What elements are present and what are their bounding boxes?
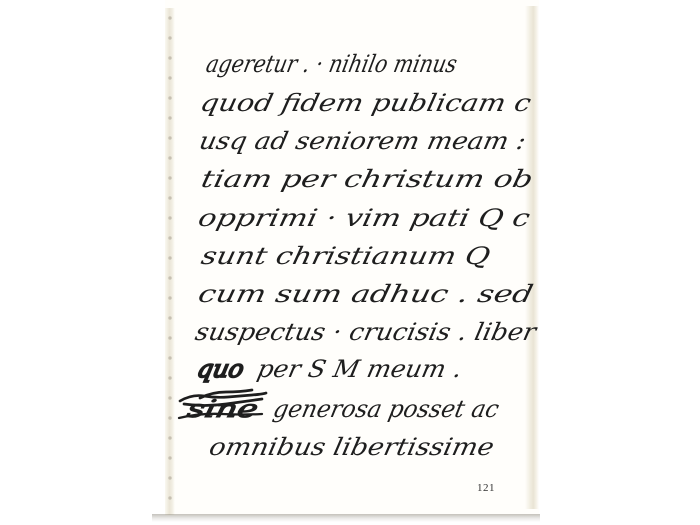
manuscript-line-5-seg-1: opprimi · vim pati Q c (196, 203, 534, 232)
manuscript-line-2-seg-1: quod fidem publicam c (198, 88, 535, 117)
manuscript-line-10-seg-1: sine (185, 394, 261, 423)
manuscript-line-9-seg-1: quo (195, 354, 247, 383)
manuscript-line-3-seg-1: usq ad seniorem meam : (197, 126, 529, 155)
manuscript-line-4-seg-1: tiam per christum ob (199, 164, 536, 193)
manuscript-line-9-seg-2: per S M meum . (255, 354, 465, 383)
manuscript-line-6-seg-1: sunt christianum Q (199, 241, 493, 270)
manuscript-line-8-seg-1: suspectus · crucisis . liber (193, 317, 541, 346)
manuscript-line-11-seg-1: omnibus libertissime (207, 432, 497, 461)
page-number: 121 (477, 482, 495, 494)
manuscript-line-1-seg-1: ageretur . · nihilo minus (204, 49, 460, 78)
manuscript-line-10-seg-2: generosa posset ac (271, 394, 502, 423)
manuscript-line-7-seg-1: cum sum adhuc . sed (196, 279, 536, 308)
manuscript-handwriting: ageretur . · nihilo minusquod fidem publ… (0, 0, 700, 525)
scanned-book-page: ageretur . · nihilo minusquod fidem publ… (0, 0, 700, 525)
